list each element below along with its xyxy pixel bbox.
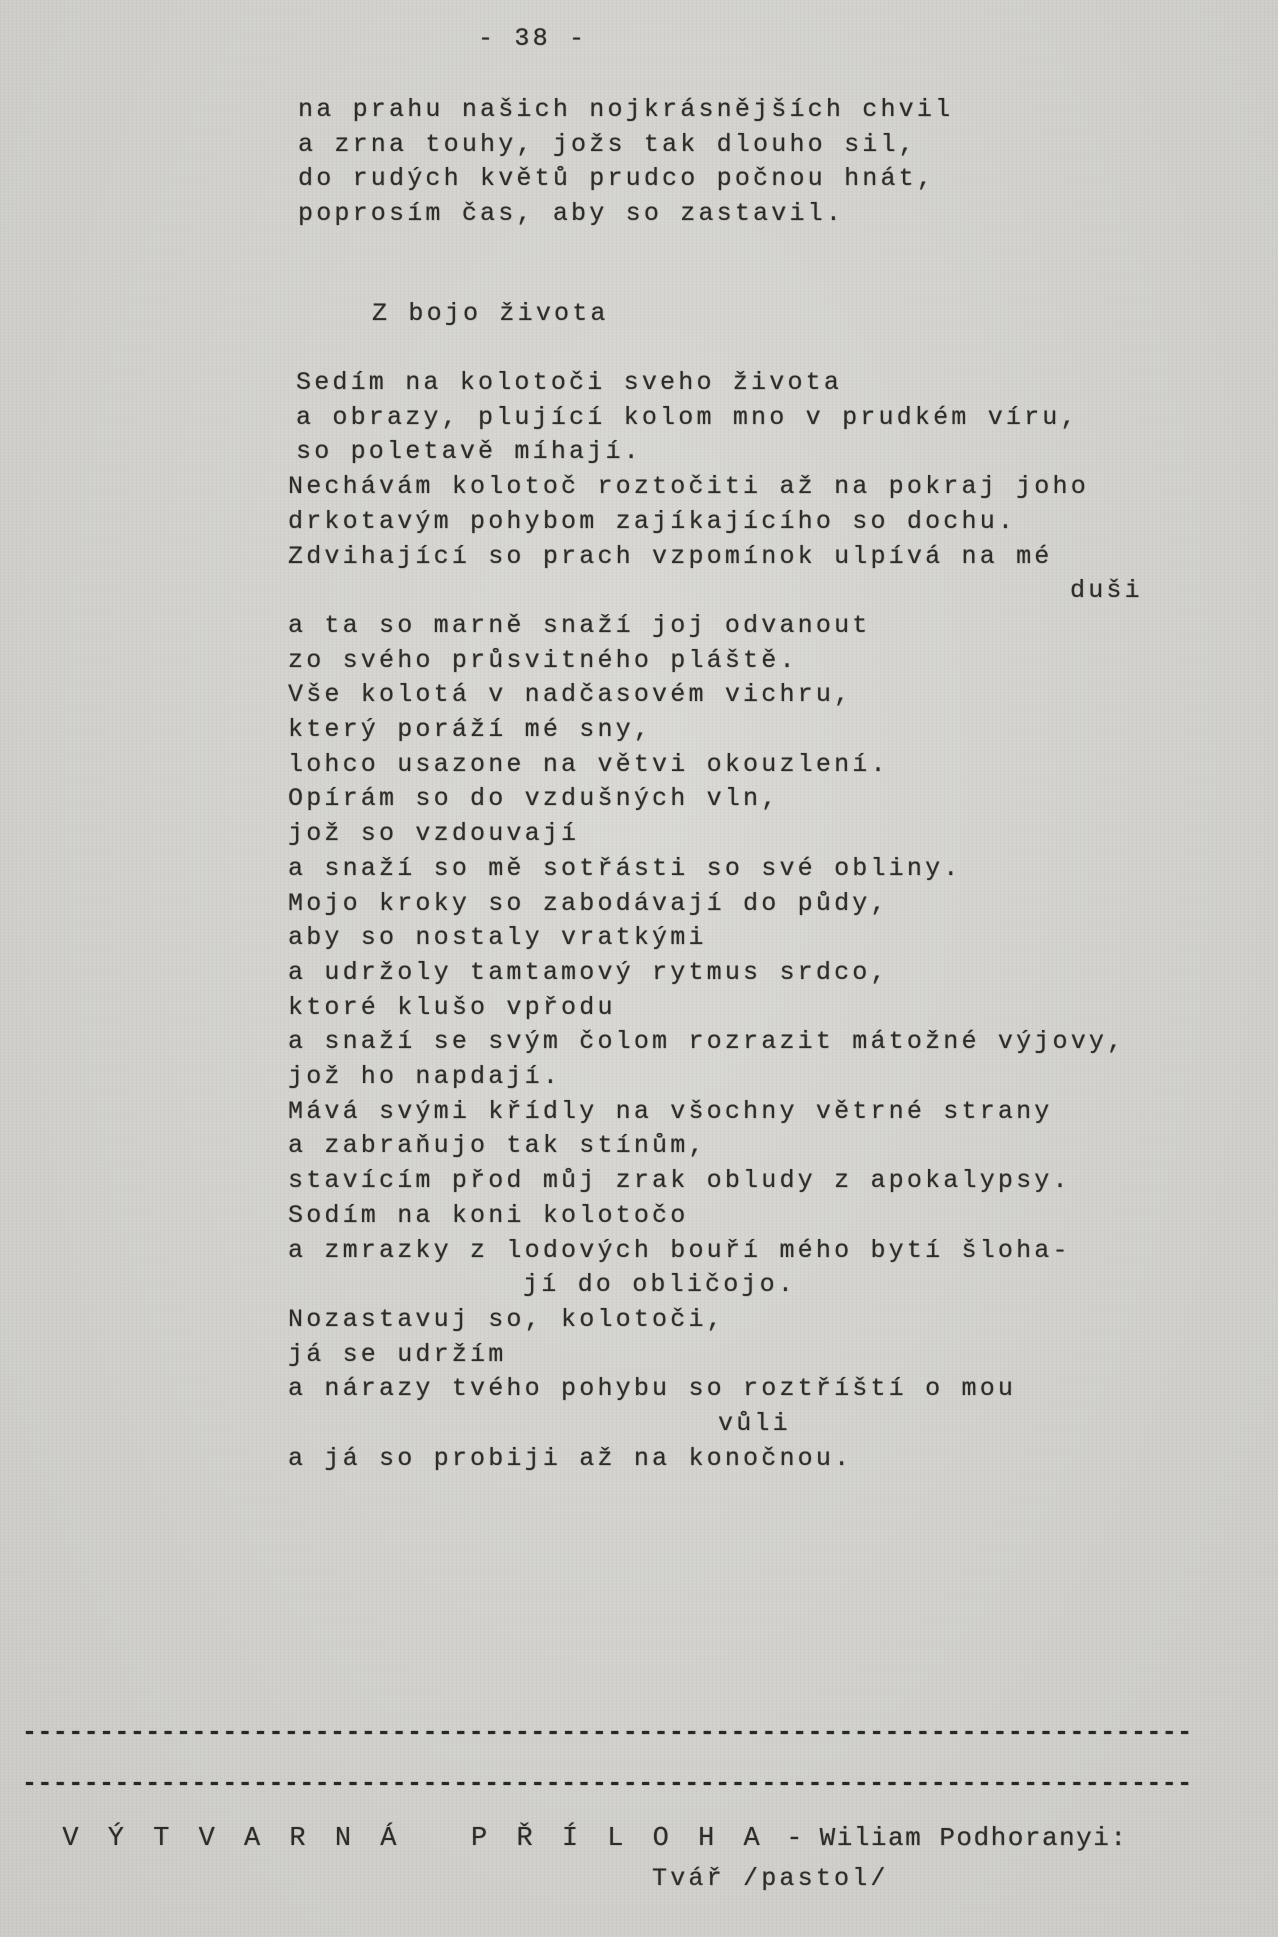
- poem-line: ktoré klušo vpřodu: [288, 991, 1143, 1026]
- appendix-author: Wiliam Podhoranyi:: [820, 1823, 1128, 1853]
- poem-line: Sedím na kolotoči sveho života: [296, 366, 1143, 401]
- poem-line: a obrazy, plující kolom mno v prudkém ví…: [296, 401, 1143, 436]
- poem-line: Mojo kroky so zabodávají do půdy,: [288, 887, 1143, 922]
- poem-line: vůli: [718, 1407, 1143, 1442]
- poem-line: jož so vzdouvají: [288, 817, 1143, 852]
- poem-line: Zdvihající so prach vzpomínok ulpívá na …: [288, 540, 1143, 575]
- poem-line: a zabraňujo tak stínům,: [288, 1129, 1143, 1164]
- artwork-caption: Tvář /pastol/: [652, 1862, 889, 1897]
- poem-line: aby so nostaly vratkými: [288, 921, 1143, 956]
- poem-line: jož ho napdají.: [288, 1060, 1143, 1095]
- poem-line: který poráží mé sny,: [288, 713, 1143, 748]
- appendix-section-title: V Ý T V A R N Á P Ř Í L O H A: [62, 1824, 766, 1854]
- poem-line: Nozastavuj so, kolotoči,: [288, 1303, 1143, 1338]
- appendix-heading: V Ý T V A R N Á P Ř Í L O H A-Wiliam Pod…: [26, 1786, 1127, 1856]
- page-number: - 38 -: [478, 22, 587, 57]
- poem-previous-stanza: na prahu našich nojkrásnějších chvila zr…: [298, 93, 953, 232]
- poem-line: duši: [1070, 574, 1143, 609]
- poem-line: já se udržím: [288, 1338, 1143, 1373]
- poem-line: poprosím čas, aby so zastavil.: [298, 197, 953, 232]
- poem-line: a zrna touhy, jožs tak dlouho sil,: [298, 128, 953, 163]
- poem-line: do rudých květů prudco počnou hnát,: [298, 162, 953, 197]
- poem-line: stavícím přod můj zrak obludy z apokalyp…: [288, 1164, 1143, 1199]
- poem-line: a udržoly tamtamový rytmus srdco,: [288, 956, 1143, 991]
- poem-line: jí do obličojo.: [523, 1268, 1143, 1303]
- poem-line: a já so probiji až na konočnou.: [288, 1442, 1143, 1477]
- poem-line: a snaží so mě sotřásti so své obliny.: [288, 852, 1143, 887]
- poem-body: Sedím na kolotoči sveho životaa obrazy, …: [288, 366, 1143, 1477]
- poem-line: a snaží se svým čolom rozrazit mátožné v…: [288, 1025, 1143, 1060]
- heading-dash: -: [766, 1824, 819, 1854]
- poem-line: zo svého průsvitného pláště.: [288, 644, 1143, 679]
- poem-line: so poletavě míhají.: [296, 435, 1143, 470]
- poem-line: Sodím na koni kolotočo: [288, 1199, 1143, 1234]
- poem-line: a ta so marně snaží joj odvanout: [288, 609, 1143, 644]
- poem-line: na prahu našich nojkrásnějších chvil: [298, 93, 953, 128]
- separator-dash-row: ----------------------------------------…: [22, 1724, 1202, 1741]
- poem-line: a nárazy tvého pohybu so roztříští o mou: [288, 1372, 1143, 1407]
- poem-line: Opírám so do vzdušných vln,: [288, 782, 1143, 817]
- poem-title: Z bojo života: [372, 297, 609, 332]
- poem-line: drkotavým pohybom zajíkajícího so dochu.: [288, 505, 1143, 540]
- poem-line: Mává svými křídly na všochny větrné stra…: [288, 1095, 1143, 1130]
- poem-line: Nechávám kolotoč roztočiti až na pokraj …: [288, 470, 1143, 505]
- poem-line: lohco usazone na větvi okouzlení.: [288, 748, 1143, 783]
- poem-line: a zmrazky z lodových bouří mého bytí šlo…: [288, 1234, 1143, 1269]
- poem-line: Vše kolotá v nadčasovém vichru,: [288, 678, 1143, 713]
